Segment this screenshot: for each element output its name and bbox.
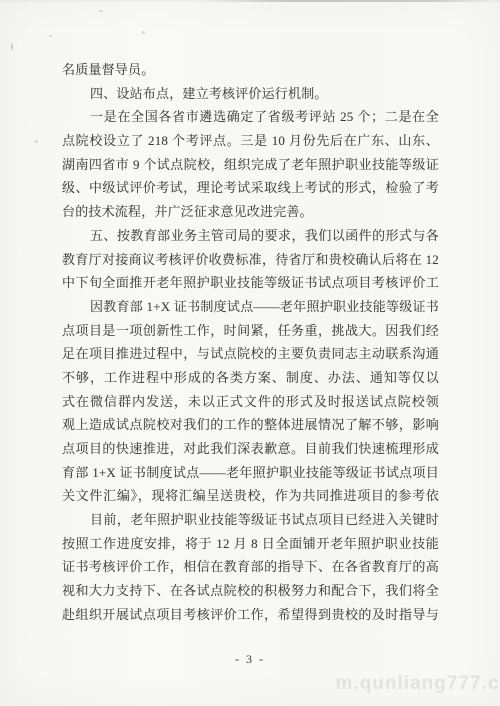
text-line: 按照工作进度安排，将于 12 月 8 日全面铺开老年照护职业技能等级	[62, 532, 439, 556]
scan-speck	[49, 35, 52, 37]
text-line: 式在微信群内发送，未以正式文件的形式及时报送试点院校领导，客	[62, 390, 439, 414]
text-line: 台的技术流程，并广泛征求意见改进完善。	[62, 200, 439, 224]
text-line: 点院校设立了 218 个考评点。三是 10 月份先后在广东、山东、天津、	[62, 129, 439, 153]
text-line: 关文件汇编》，现将汇编呈送贵校，作为共同推进项目的参考依据。	[62, 484, 439, 508]
text-line: 四、设站布点，建立考核评价运行机制。	[62, 82, 439, 106]
page-number: - 3 -	[0, 652, 500, 667]
text-line: 湖南四省市 9 个试点院校，组织完成了老年照护职业技能等级证书初	[62, 153, 439, 177]
scan-speck	[99, 10, 103, 12]
scanned-document-page: 名质量督导员。 四、设站布点，建立考核评价运行机制。 一是在全国各省市遴选确定了…	[0, 0, 500, 706]
text-line: 一是在全国各省市遴选确定了省级考评站 25 个；二是在全国试	[62, 105, 439, 129]
text-line: 点项目是一项创新性工作，时间紧，任务重，挑战大。因我们经验不	[62, 319, 439, 343]
text-line: 教育厅对接商议考核评价收费标准，待省厅和贵校确认后将在 12 月	[62, 248, 439, 272]
document-body-text: 名质量督导员。 四、设站布点，建立考核评价运行机制。 一是在全国各省市遴选确定了…	[62, 58, 439, 627]
scan-speck	[35, 140, 38, 143]
text-line: 目前，老年照护职业技能等级证书试点项目已经进入关键时期。	[62, 508, 439, 532]
scan-speck	[142, 31, 145, 34]
text-line: 观上造成试点院校对我们的工作的整体进展情况了解不够，影响到试	[62, 413, 439, 437]
scan-edge-artifact	[0, 0, 500, 2]
text-line: 证书考核评价工作，相信在教育部的指导下、在各省教育厅的高度重	[62, 555, 439, 579]
scan-speck	[11, 43, 13, 50]
text-line: 中下旬全面推开老年照护职业技能等级证书试点项目考核评价工作。	[62, 271, 439, 295]
text-line: 育部 1+X 证书制度试点——老年照护职业技能等级证书试点项目相	[62, 461, 439, 485]
text-line: 因教育部 1+X 证书制度试点——老年照护职业技能等级证书试	[62, 295, 439, 319]
text-line: 级、中级试评价考试，理论考试采取线上考试的形式，检验了考试平	[62, 176, 439, 200]
watermark-text: m.qunliang777.co	[336, 673, 500, 695]
text-line: 不够，工作进程中形成的各类方案、制度、办法、通知等仅以 PDF 格	[62, 366, 439, 390]
text-line: 五、按教育部业务主管司局的要求，我们以函件的形式与各省市	[62, 224, 439, 248]
text-line: 点项目的快速推进，对此我们深表歉意。目前我们快速梳理形成了《教	[62, 437, 439, 461]
text-line: 视和大力支持下、在各试点院校的积极努力和配合下，我们将全力以	[62, 579, 439, 603]
text-line: 名质量督导员。	[62, 58, 439, 82]
text-line: 赴组织开展试点项目考核评价工作，希望得到贵校的及时指导与帮助：	[62, 603, 439, 627]
text-line: 足在项目推进过程中，与试点院校的主要负责同志主动联系沟通协调	[62, 342, 439, 366]
